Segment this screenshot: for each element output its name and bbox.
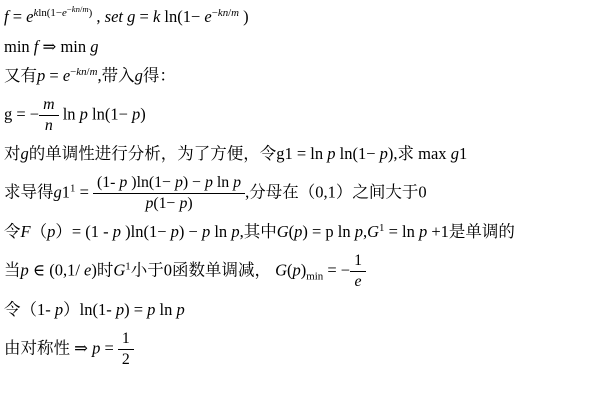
fraction: 12 (118, 330, 134, 369)
math-notes-document: f = ekln(1−e−kn/m) , set g = k ln(1− e−k… (0, 0, 615, 410)
fraction: mn (39, 96, 58, 135)
formula-line-5: 对g的单调性进行分析，为了方便，令g1 = ln p ln(1− p),求 ma… (4, 144, 613, 165)
fraction: (1- p )ln(1− p) − p ln pp(1− p) (93, 174, 245, 213)
superscript: −kn/m (212, 7, 239, 19)
formula-line-10: 由对称性 ⇒ p = 12 (4, 330, 613, 369)
formula-line-8: 当p ∈ (0,1/ e)时G1小于0函数单调减， G(p)min = −1e (4, 252, 613, 291)
formula-line-4: g = −mn ln p ln(1− p) (4, 96, 613, 135)
formula-line-9: 令（1- p）ln(1- p) = p ln p (4, 300, 613, 321)
fraction: 1e (350, 252, 366, 291)
formula-line-2: min f ⇒ min g (4, 37, 613, 58)
formula-line-1: f = ekln(1−e−kn/m) , set g = k ln(1− e−k… (4, 7, 613, 28)
subscript: min (306, 270, 323, 282)
formula-line-7: 令F（p）= (1 - p )ln(1− p) − p ln p,其中G(p) … (4, 222, 613, 243)
superscript: −kn/m (67, 4, 89, 14)
superscript: −kn/m (70, 66, 97, 78)
formula-line-6: 求导得g11 = (1- p )ln(1− p) − p ln pp(1− p)… (4, 174, 613, 213)
superscript: kln(1−e−kn/m) (33, 7, 92, 19)
formula-line-3: 又有p = e−kn/m,带入g得： (4, 66, 613, 87)
